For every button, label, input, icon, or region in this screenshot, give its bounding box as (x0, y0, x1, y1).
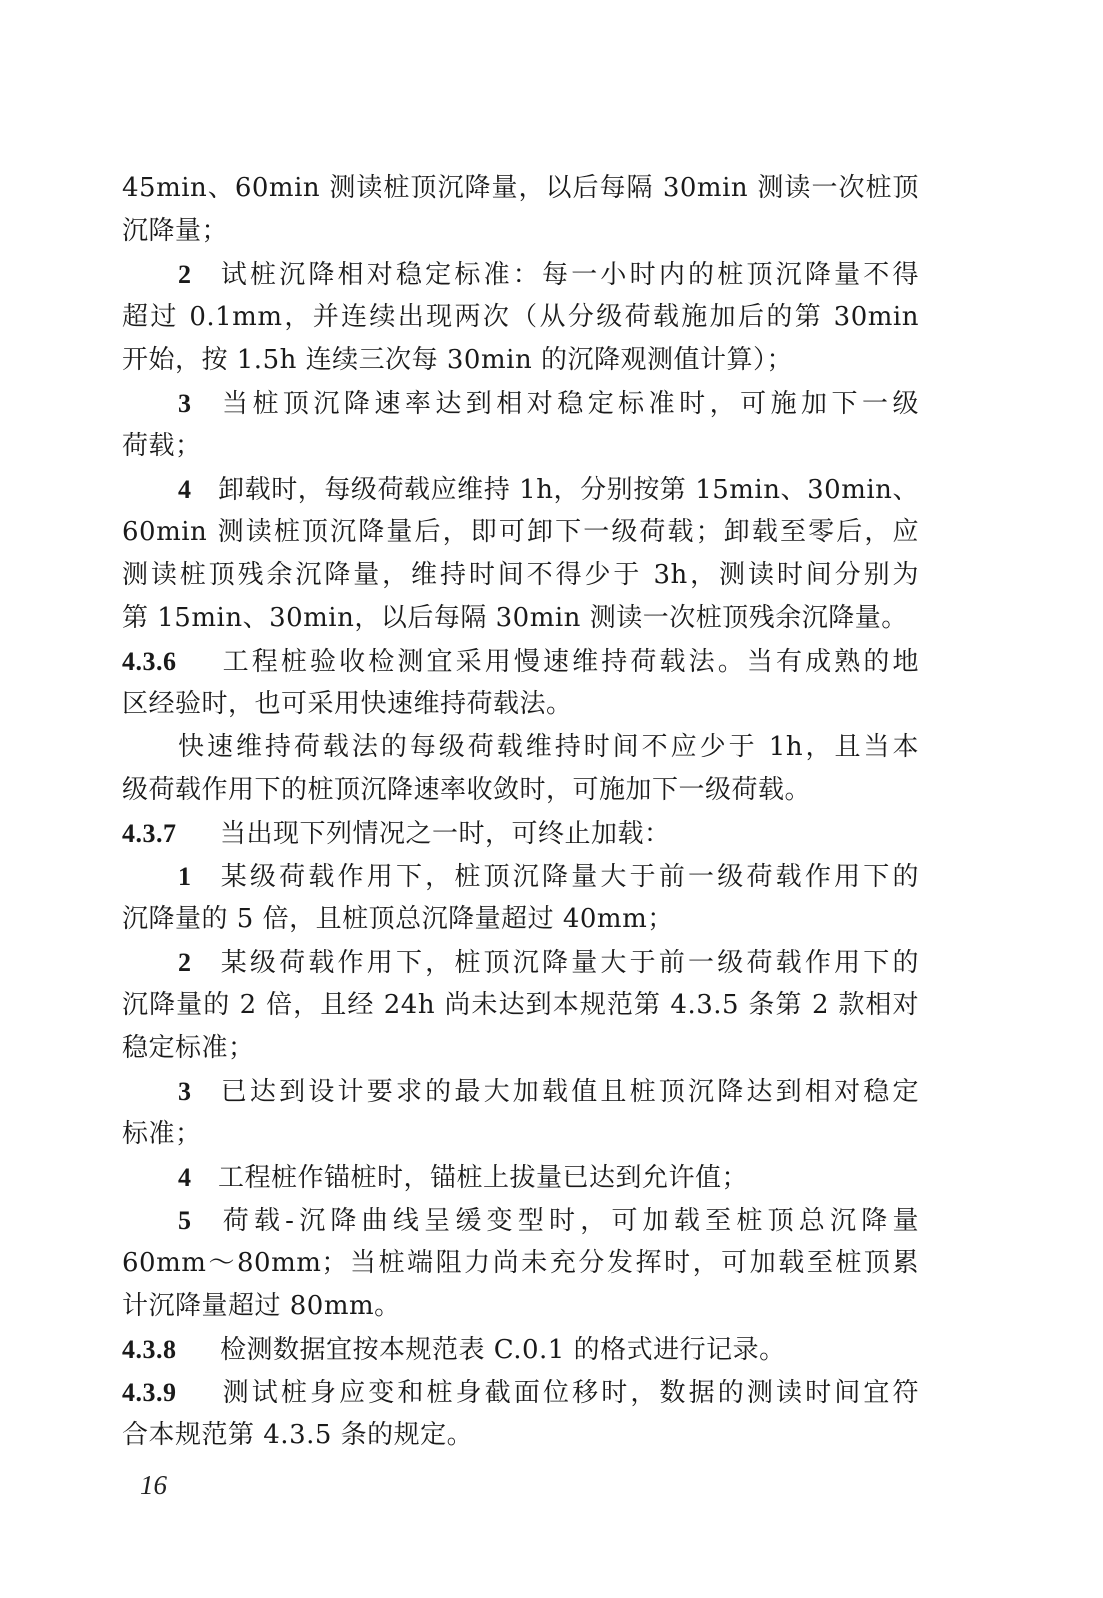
line-text: 开始，按 1.5h 连续三次每 30min 的沉降观测值计算）； (122, 345, 793, 375)
line-text: 第 15min、30min，以后每隔 30min 测读一次桩顶残余沉降量。 (122, 603, 908, 633)
clause-item: 2某级荷载作用下，桩顶沉降量大于前一级荷载作用下的 (122, 941, 919, 984)
line-text: 级荷载作用下的桩顶沉降速率收敛时，可施加下一级荷载。 (122, 775, 811, 805)
item-number: 3 (178, 1070, 218, 1113)
line-text: 荷载-沉降曲线呈缓变型时，可加载至桩顶总沉降量 (218, 1206, 919, 1236)
item-number: 1 (178, 855, 218, 898)
line-text: 60min 测读桩顶沉降量后，即可卸下一级荷载；卸载至零后，应 (122, 517, 919, 547)
section-clause: 4.3.9测试桩身应变和桩身截面位移时，数据的测读时间宜符 (122, 1371, 919, 1414)
section-clause: 4.3.6工程桩验收检测宜采用慢速维持荷载法。当有成熟的地 (122, 640, 919, 683)
line-text: 沉降量； (122, 216, 228, 246)
text-line: 合本规范第 4.3.5 条的规定。 (122, 1414, 919, 1457)
line-text: 测读桩顶残余沉降量，维持时间不得少于 3h，测读时间分别为 (122, 560, 919, 590)
line-text: 当桩顶沉降速率达到相对稳定标准时，可施加下一级 (218, 389, 919, 419)
clause-item: 1某级荷载作用下，桩顶沉降量大于前一级荷载作用下的 (122, 855, 919, 898)
text-line: 稳定标准； (122, 1027, 919, 1070)
line-text: 45min、60min 测读桩顶沉降量，以后每隔 30min 测读一次桩顶 (122, 173, 919, 203)
line-text: 超过 0.1mm，并连续出现两次（从分级荷载施加后的第 30min (122, 302, 919, 332)
section-number: 4.3.6 (122, 640, 220, 683)
clause-item: 2试桩沉降相对稳定标准：每一小时内的桩顶沉降量不得 (122, 253, 919, 296)
clause-item: 4工程桩作锚桩时，锚桩上拔量已达到允许值； (122, 1156, 919, 1199)
line-text: 合本规范第 4.3.5 条的规定。 (122, 1420, 473, 1450)
line-text: 快速维持荷载法的每级荷载维持时间不应少于 1h，且当本 (178, 732, 919, 762)
line-text: 工程桩作锚桩时，锚桩上拔量已达到允许值； (218, 1163, 748, 1193)
text-line: 沉降量的 5 倍，且桩顶总沉降量超过 40mm； (122, 898, 919, 941)
paragraph-start: 快速维持荷载法的每级荷载维持时间不应少于 1h，且当本 (178, 726, 919, 769)
text-line: 测读桩顶残余沉降量，维持时间不得少于 3h，测读时间分别为 (122, 554, 919, 597)
line-text: 某级荷载作用下，桩顶沉降量大于前一级荷载作用下的 (218, 948, 919, 978)
line-text: 检测数据宜按本规范表 C.0.1 的格式进行记录。 (220, 1335, 786, 1365)
clause-item: 3当桩顶沉降速率达到相对稳定标准时，可施加下一级 (122, 382, 919, 425)
line-text: 沉降量的 5 倍，且桩顶总沉降量超过 40mm； (122, 904, 674, 934)
document-page: 45min、60min 测读桩顶沉降量，以后每隔 30min 测读一次桩顶 沉降… (0, 0, 1103, 1598)
page-number: 16 (140, 1470, 167, 1501)
section-number: 4.3.7 (122, 812, 220, 855)
text-line: 沉降量； (122, 210, 919, 253)
section-number: 4.3.9 (122, 1371, 220, 1414)
item-number: 2 (178, 941, 218, 984)
item-number: 2 (178, 253, 218, 296)
text-line: 级荷载作用下的桩顶沉降速率收敛时，可施加下一级荷载。 (122, 769, 919, 812)
text-line: 开始，按 1.5h 连续三次每 30min 的沉降观测值计算）； (122, 339, 919, 382)
line-text: 试桩沉降相对稳定标准：每一小时内的桩顶沉降量不得 (218, 260, 919, 290)
section-number: 4.3.8 (122, 1328, 220, 1371)
text-line: 区经验时，也可采用快速维持荷载法。 (122, 683, 919, 726)
text-line: 荷载； (122, 425, 919, 468)
text-line: 60mm～80mm；当桩端阻力尚未充分发挥时，可加载至桩顶累 (122, 1242, 919, 1285)
line-text: 当出现下列情况之一时，可终止加载： (220, 819, 671, 849)
clause-item: 4卸载时，每级荷载应维持 1h，分别按第 15min、30min、 (122, 468, 919, 511)
line-text: 60mm～80mm；当桩端阻力尚未充分发挥时，可加载至桩顶累 (122, 1248, 919, 1278)
item-number: 3 (178, 382, 218, 425)
text-line: 超过 0.1mm，并连续出现两次（从分级荷载施加后的第 30min (122, 296, 919, 339)
line-text: 工程桩验收检测宜采用慢速维持荷载法。当有成熟的地 (220, 647, 919, 677)
line-text: 标准； (122, 1119, 202, 1149)
text-line: 第 15min、30min，以后每隔 30min 测读一次桩顶残余沉降量。 (122, 597, 919, 640)
line-text: 卸载时，每级荷载应维持 1h，分别按第 15min、30min、 (218, 475, 919, 505)
line-text: 稳定标准； (122, 1033, 255, 1063)
line-text: 区经验时，也可采用快速维持荷载法。 (122, 689, 573, 719)
text-line: 计沉降量超过 80mm。 (122, 1285, 919, 1328)
line-text: 沉降量的 2 倍，且经 24h 尚未达到本规范第 4.3.5 条第 2 款相对 (122, 990, 919, 1020)
text-line: 标准； (122, 1113, 919, 1156)
text-line: 45min、60min 测读桩顶沉降量，以后每隔 30min 测读一次桩顶 (122, 167, 919, 210)
line-text: 某级荷载作用下，桩顶沉降量大于前一级荷载作用下的 (218, 862, 919, 892)
clause-item: 3已达到设计要求的最大加载值且桩顶沉降达到相对稳定 (122, 1070, 919, 1113)
text-line: 60min 测读桩顶沉降量后，即可卸下一级荷载；卸载至零后，应 (122, 511, 919, 554)
section-clause: 4.3.8检测数据宜按本规范表 C.0.1 的格式进行记录。 (122, 1328, 919, 1371)
line-text: 测试桩身应变和桩身截面位移时，数据的测读时间宜符 (220, 1378, 919, 1408)
clause-item: 5荷载-沉降曲线呈缓变型时，可加载至桩顶总沉降量 (122, 1199, 919, 1242)
item-number: 4 (178, 468, 218, 511)
text-line: 沉降量的 2 倍，且经 24h 尚未达到本规范第 4.3.5 条第 2 款相对 (122, 984, 919, 1027)
line-text: 计沉降量超过 80mm。 (122, 1291, 401, 1321)
section-clause: 4.3.7当出现下列情况之一时，可终止加载： (122, 812, 919, 855)
line-text: 荷载； (122, 431, 202, 461)
line-text: 已达到设计要求的最大加载值且桩顶沉降达到相对稳定 (218, 1077, 919, 1107)
item-number: 4 (178, 1156, 218, 1199)
item-number: 5 (178, 1199, 218, 1242)
